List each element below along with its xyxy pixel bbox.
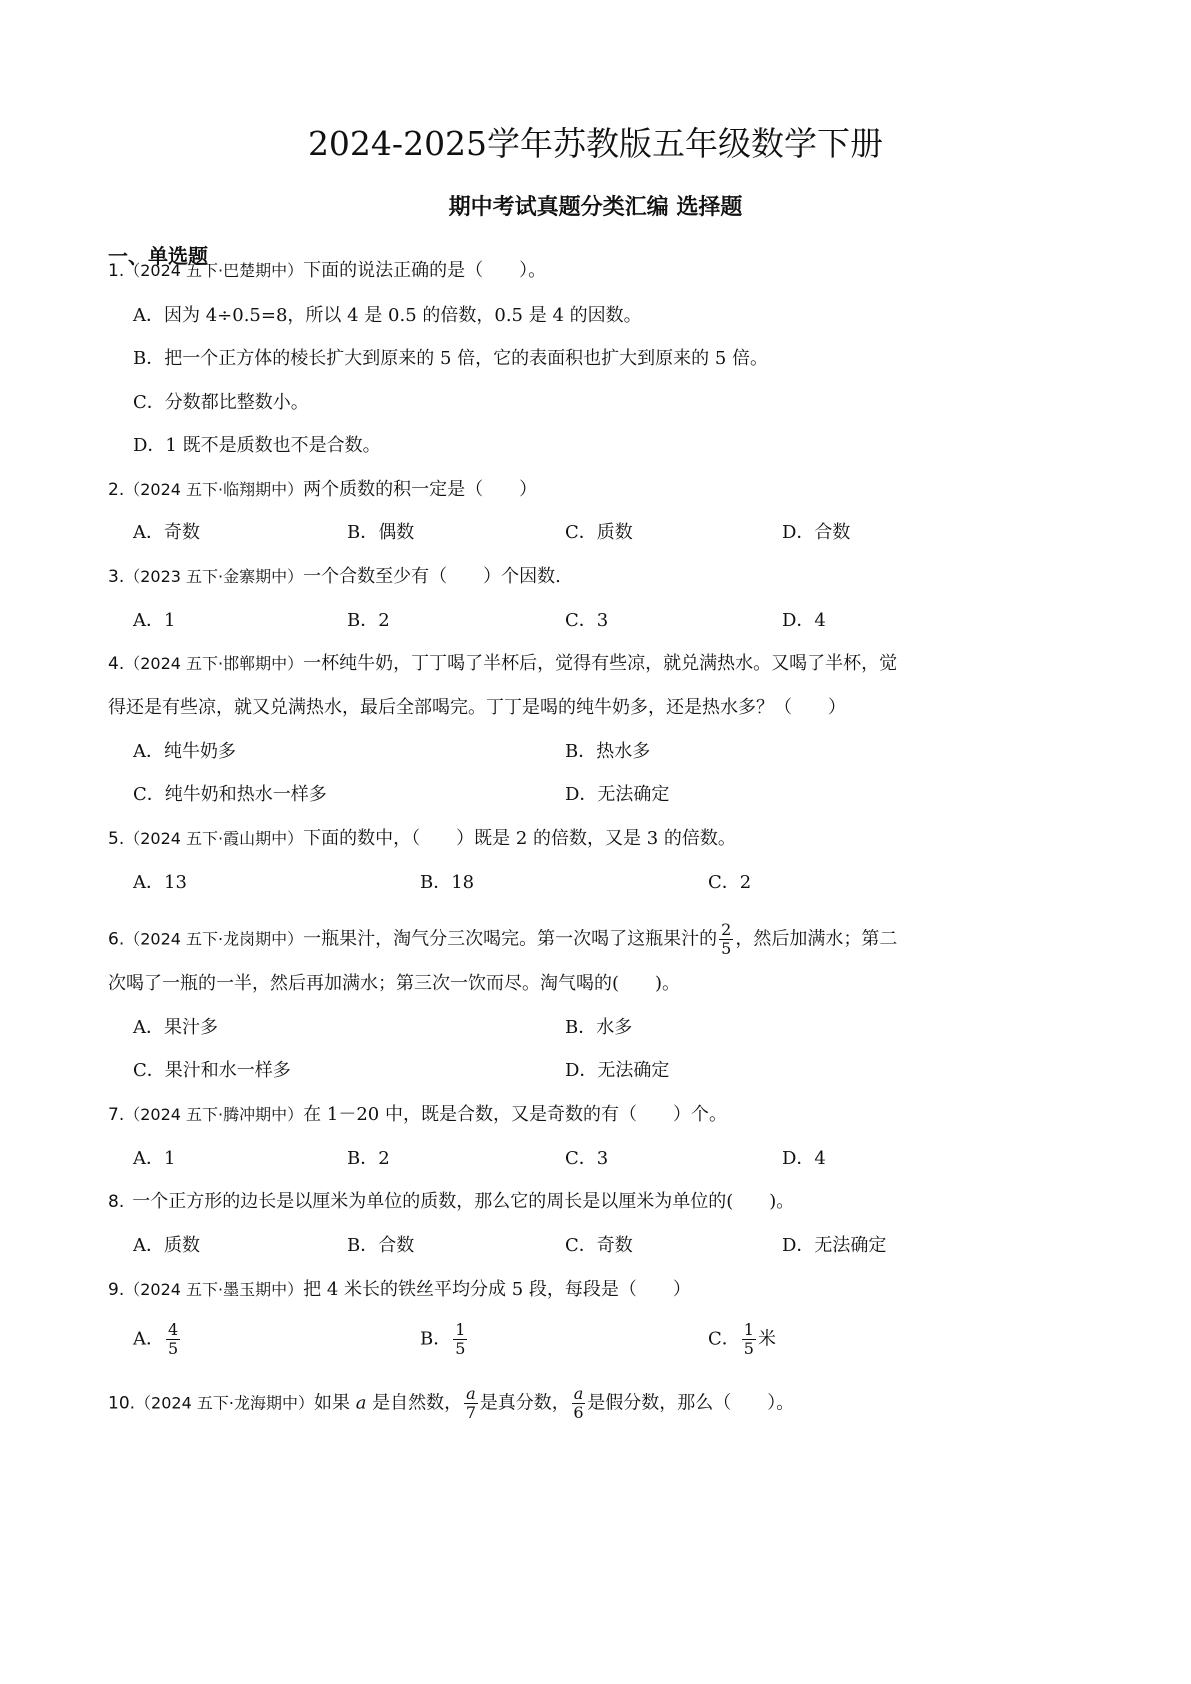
option-b: B．水多 xyxy=(565,1019,632,1037)
option-d: D．1 既不是质数也不是合数。 xyxy=(133,437,381,455)
question-number: 8. xyxy=(108,1192,124,1212)
question-stem: 下面的数中，（ ）既是 2 的倍数，又是 3 的倍数。 xyxy=(303,828,736,849)
option-d: D．4 xyxy=(782,612,826,630)
fraction-denominator: 5 xyxy=(168,1340,178,1357)
question-stem-line1: 一杯纯牛奶，丁丁喝了半杯后，觉得有些凉，就兑满热水。又喝了半杯，觉 xyxy=(303,653,897,674)
option-d: D．无法确定 xyxy=(782,1237,886,1255)
question-source: （2024 五下·墨玉期中） xyxy=(124,1280,303,1299)
question-1: 1.（2024 五下·巴楚期中）下面的说法正确的是（ ）。 xyxy=(108,262,546,280)
option-a: A．45 xyxy=(133,1322,182,1357)
question-8: 8.一个正方形的边长是以厘米为单位的质数，那么它的周长是以厘米为单位的( )。 xyxy=(108,1193,794,1211)
fraction: 45 xyxy=(166,1322,180,1357)
option-a: A．13 xyxy=(133,874,187,892)
option-a: A．奇数 xyxy=(133,524,200,542)
question-number: 7. xyxy=(108,1105,124,1125)
option-a: A．质数 xyxy=(133,1237,200,1255)
option-b: B．2 xyxy=(347,1150,390,1168)
option-c: C．分数都比整数小。 xyxy=(133,394,309,412)
question-number: 2. xyxy=(108,480,124,500)
option-d: D．合数 xyxy=(782,524,850,542)
fraction-denominator: 5 xyxy=(455,1340,465,1357)
option-c: C．3 xyxy=(565,1150,608,1168)
question-source: （2024 五下·龙岗期中） xyxy=(124,930,303,949)
fraction-denominator: 5 xyxy=(721,940,731,957)
option-c: C．质数 xyxy=(565,524,633,542)
question-stem: 在 1－20 中，既是合数，又是奇数的有（ ）个。 xyxy=(303,1104,727,1125)
question-number: 1. xyxy=(108,261,124,281)
fraction-numerator: 2 xyxy=(719,922,733,940)
question-source: （2024 五下·临翔期中） xyxy=(124,480,303,499)
document-title: 2024-2025学年苏教版五年级数学下册 xyxy=(0,118,1191,165)
fraction: a7 xyxy=(464,1386,478,1421)
question-source: （2024 五下·龙海期中） xyxy=(135,1394,314,1413)
question-stem-part-d: 是假分数，那么（ ）。 xyxy=(587,1393,794,1414)
option-b: B．把一个正方体的棱长扩大到原来的 5 倍，它的表面积也扩大到原来的 5 倍。 xyxy=(133,350,768,368)
question-10: 10.（2024 五下·龙海期中）如果 a 是自然数，a7是真分数，a6是假分数… xyxy=(108,1386,794,1421)
option-label: A． xyxy=(133,1329,164,1350)
question-source: （2024 五下·腾冲期中） xyxy=(124,1105,303,1124)
option-b: B．2 xyxy=(347,612,390,630)
option-c: C．2 xyxy=(708,874,751,892)
option-b: B．偶数 xyxy=(347,524,414,542)
option-c: C．纯牛奶和热水一样多 xyxy=(133,786,327,804)
question-stem: 下面的说法正确的是（ ）。 xyxy=(303,260,546,281)
question-6: 6.（2024 五下·龙岗期中）一瓶果汁，淘气分三次喝完。第一次喝了这瓶果汁的2… xyxy=(108,922,897,957)
question-stem: 一个合数至少有（ ）个因数. xyxy=(303,566,561,587)
option-a: A．因为 4÷0.5=8，所以 4 是 0.5 的倍数，0.5 是 4 的因数。 xyxy=(133,307,642,325)
question-stem: 把 4 米长的铁丝平均分成 5 段，每段是（ ） xyxy=(303,1279,691,1300)
fraction-numerator: 1 xyxy=(742,1322,756,1340)
question-stem-part-b: 是自然数， xyxy=(366,1393,462,1414)
option-c: C．果汁和水一样多 xyxy=(133,1062,291,1080)
question-stem-part-c: 是真分数， xyxy=(480,1393,570,1414)
option-c: C．奇数 xyxy=(565,1237,633,1255)
document-subtitle: 期中考试真题分类汇编 选择题 xyxy=(0,190,1191,221)
question-stem-part-b: ，然后加满水；第二 xyxy=(735,929,897,950)
option-c: C．3 xyxy=(565,612,608,630)
option-d: D．4 xyxy=(782,1150,826,1168)
option-d: D．无法确定 xyxy=(565,1062,669,1080)
question-stem: 两个质数的积一定是（ ） xyxy=(303,479,537,500)
question-number: 6. xyxy=(108,930,124,950)
question-stem-part-a: 一瓶果汁，淘气分三次喝完。第一次喝了这瓶果汁的 xyxy=(303,929,717,950)
variable-a: a xyxy=(356,1393,367,1414)
option-a: A．纯牛奶多 xyxy=(133,743,236,761)
question-stem-line2: 得还是有些凉，就又兑满热水，最后全部喝完。丁丁是喝的纯牛奶多，还是热水多？（ ） xyxy=(108,697,846,718)
fraction-numerator: a xyxy=(572,1386,586,1404)
option-a: A．果汁多 xyxy=(133,1019,218,1037)
option-b: B．热水多 xyxy=(565,743,650,761)
option-b: B．合数 xyxy=(347,1237,414,1255)
fraction-numerator: a xyxy=(464,1386,478,1404)
question-number: 4. xyxy=(108,654,124,674)
question-5: 5.（2024 五下·霞山期中）下面的数中，（ ）既是 2 的倍数，又是 3 的… xyxy=(108,830,736,848)
option-c: C．15米 xyxy=(708,1322,776,1357)
fraction-numerator: 4 xyxy=(166,1322,180,1340)
question-number: 5. xyxy=(108,829,124,849)
question-source: （2024 五下·霞山期中） xyxy=(124,829,303,848)
option-b: B．18 xyxy=(420,874,474,892)
question-7: 7.（2024 五下·腾冲期中）在 1－20 中，既是合数，又是奇数的有（ ）个… xyxy=(108,1106,727,1124)
option-a: A．1 xyxy=(133,612,175,630)
fraction-denominator: 5 xyxy=(744,1340,754,1357)
fraction-denominator: 6 xyxy=(573,1404,583,1421)
option-a: A．1 xyxy=(133,1150,175,1168)
question-3: 3.（2023 五下·金寨期中）一个合数至少有（ ）个因数. xyxy=(108,568,561,586)
question-stem-line2: 次喝了一瓶的一半，然后再加满水；第三次一饮而尽。淘气喝的( )。 xyxy=(108,973,680,994)
question-source: （2024 五下·邯郸期中） xyxy=(124,654,303,673)
question-number: 9. xyxy=(108,1280,124,1300)
question-2: 2.（2024 五下·临翔期中）两个质数的积一定是（ ） xyxy=(108,481,537,499)
question-number: 10. xyxy=(108,1394,135,1414)
fraction: 25 xyxy=(719,922,733,957)
question-6-continued: 次喝了一瓶的一半，然后再加满水；第三次一饮而尽。淘气喝的( )。 xyxy=(108,975,680,993)
question-9: 9.（2024 五下·墨玉期中）把 4 米长的铁丝平均分成 5 段，每段是（ ） xyxy=(108,1281,691,1299)
option-unit: 米 xyxy=(758,1329,776,1350)
question-4-continued: 得还是有些凉，就又兑满热水，最后全部喝完。丁丁是喝的纯牛奶多，还是热水多？（ ） xyxy=(108,699,846,717)
fraction-numerator: 1 xyxy=(453,1322,467,1340)
fraction: 15 xyxy=(742,1322,756,1357)
fraction-denominator: 7 xyxy=(466,1404,476,1421)
question-stem: 一个正方形的边长是以厘米为单位的质数，那么它的周长是以厘米为单位的( )。 xyxy=(132,1191,794,1212)
question-source: （2024 五下·巴楚期中） xyxy=(124,261,303,280)
option-label: B． xyxy=(420,1329,451,1350)
question-number: 3. xyxy=(108,567,124,587)
question-stem-part-a: 如果 xyxy=(314,1393,356,1414)
option-b: B．15 xyxy=(420,1322,469,1357)
option-label: C． xyxy=(708,1329,740,1350)
question-4: 4.（2024 五下·邯郸期中）一杯纯牛奶，丁丁喝了半杯后，觉得有些凉，就兑满热… xyxy=(108,655,897,673)
fraction: a6 xyxy=(572,1386,586,1421)
question-source: （2023 五下·金寨期中） xyxy=(124,567,303,586)
fraction: 15 xyxy=(453,1322,467,1357)
exam-page: 2024-2025学年苏教版五年级数学下册 期中考试真题分类汇编 选择题 一、单… xyxy=(0,0,1191,1684)
option-d: D．无法确定 xyxy=(565,786,669,804)
